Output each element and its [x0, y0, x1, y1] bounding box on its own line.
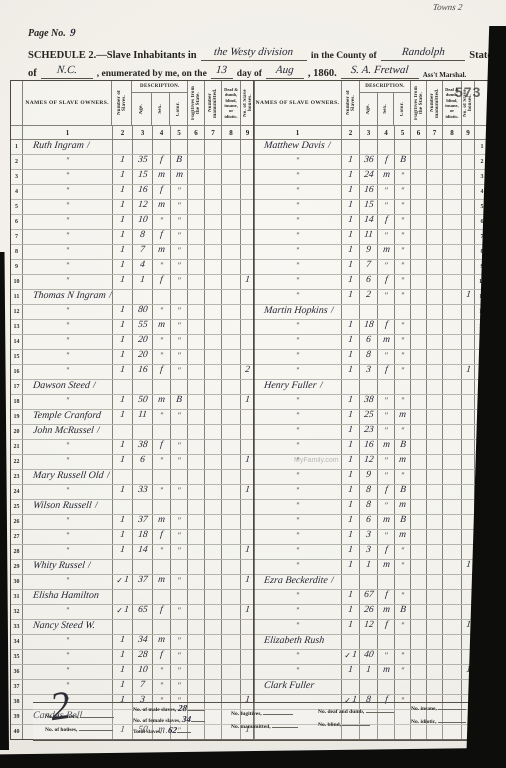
cell-manumitted [427, 605, 443, 619]
slave-count: 1 [120, 186, 126, 195]
age-value: 25 [363, 411, 373, 420]
cell-deaf [222, 575, 241, 589]
cell-slave-count: 1 [113, 185, 133, 199]
cell-owner-name: ″ [254, 320, 342, 334]
cell-color: ″ [171, 530, 188, 544]
ditto-mark: ″ [296, 546, 299, 555]
cell-color: B [395, 485, 411, 499]
cell-deaf [443, 335, 462, 349]
cell-age: 12 [360, 620, 378, 634]
manumitted-total-label: No. manumitted, [231, 723, 298, 730]
cell-color: ″ [395, 245, 411, 259]
cell-fugitives [188, 560, 205, 574]
cell-slave-count: 1 [113, 260, 133, 274]
table-row: ″19″″23 [254, 470, 489, 485]
slave-count: 1 [120, 651, 126, 660]
sex-value: f [160, 231, 164, 240]
owner-name: Dawson Steed [33, 381, 91, 390]
ditto-mark: ″ [296, 291, 299, 300]
age-value: 3 [366, 546, 372, 555]
deaf-column-header: Deaf & dumb, blind, insane, or idiotic. [222, 81, 241, 125]
cell-color: ″ [171, 575, 188, 589]
census-schedule-page: { "corner_note": "Towns 2", "stamp": "57… [0, 0, 506, 768]
cell-slave-count: 1 [342, 530, 360, 544]
cell-slave-count: 1 [342, 215, 360, 229]
sex-value: f [384, 156, 388, 165]
cell-sex [153, 620, 171, 634]
cell-fugitives [411, 320, 427, 334]
cell-fugitives [188, 245, 205, 259]
color-value: ″ [401, 351, 404, 360]
female-total-handwritten: 34 [182, 717, 192, 722]
table-row: ″125″m19 [254, 410, 489, 425]
color-value: B [399, 486, 406, 495]
cell-sex: ″ [153, 665, 171, 679]
cell-color [395, 635, 411, 649]
slave-count: 1 [348, 366, 354, 375]
cell-sex: m [153, 395, 171, 409]
cell-sex: f [153, 365, 171, 379]
cell-deaf [222, 410, 241, 424]
cell-manumitted [427, 200, 443, 214]
cell-fugitives [411, 635, 427, 649]
table-row: ″16f″10 [254, 275, 489, 290]
row-number: 17 [14, 384, 20, 390]
cell-fugitives [188, 620, 205, 634]
row-number: 11 [14, 294, 20, 300]
slave-count: 1 [120, 321, 126, 330]
cell-fugitives [188, 155, 205, 169]
color-value: ″ [401, 276, 404, 285]
age-value: 3 [366, 531, 372, 540]
cell-color: ″ [171, 245, 188, 259]
age-value: 16 [363, 186, 373, 195]
ditto-mark: ″ [66, 441, 69, 450]
age-value: 55 [137, 321, 147, 330]
cell-owner-name: Ruth Ingram/ [23, 140, 113, 154]
cell-slave-count: 1 [342, 185, 360, 199]
cell-color [395, 680, 411, 694]
cell-rownum: 23 [11, 470, 23, 484]
cell-age: 6 [360, 275, 378, 289]
cell-owner-name: Mary Russell Old/ [23, 470, 113, 484]
description-header: DESCRIPTION. [360, 81, 410, 93]
cell-deaf [222, 680, 241, 694]
cell-deaf [222, 200, 241, 214]
cell-slave-count: 1 [342, 230, 360, 244]
table-row: 36″110″″ [11, 665, 254, 680]
sex-value: f [384, 321, 388, 330]
color-value: ″ [401, 171, 404, 180]
row-number: 26 [14, 519, 20, 525]
cell-rownum: 37 [11, 680, 23, 694]
cell-slave-count: 1 [342, 665, 360, 679]
cell-age: 4 [133, 260, 153, 274]
cell-color: ″ [171, 230, 188, 244]
cell-sex [153, 470, 171, 484]
cell-slave-count: 1 [113, 215, 133, 229]
row-number: 38 [14, 699, 20, 705]
color-value: B [399, 156, 406, 165]
row-number: 40 [14, 729, 20, 735]
cell-age [133, 425, 153, 439]
cell-sex: m [153, 575, 171, 589]
table-row: 26″137m″ [11, 515, 254, 530]
cell-color: ″ [171, 455, 188, 469]
cell-sex [153, 590, 171, 604]
ditto-mark: ″ [296, 606, 299, 615]
cell-deaf [443, 365, 462, 379]
cell-deaf [222, 395, 241, 409]
cell-fugitives [411, 215, 427, 229]
cell-fugitives [188, 590, 205, 604]
description-header: DESCRIPTION. [132, 81, 187, 93]
row-number: 36 [14, 669, 20, 675]
cell-deaf [222, 500, 241, 514]
cell-owner-name: ″ [254, 620, 342, 634]
cell-sex: f [153, 230, 171, 244]
sex-value: m [158, 636, 166, 645]
cell-color [171, 560, 188, 574]
ditto-mark: ″ [296, 621, 299, 630]
cell-manumitted [205, 290, 222, 304]
slave-count: 1 [120, 231, 126, 240]
cell-age: 8 [133, 230, 153, 244]
cell-age: 18 [360, 320, 378, 334]
color-value: ″ [177, 366, 180, 375]
cell-rownum: 22 [11, 455, 23, 469]
age-value: 18 [363, 321, 373, 330]
cell-manumitted [205, 410, 222, 424]
row-number: 34 [14, 639, 20, 645]
cell-sex: ″ [378, 260, 395, 274]
cell-sex: f [378, 155, 395, 169]
age-value: 10 [137, 216, 147, 225]
cell-fugitives [188, 200, 205, 214]
color-value: B [399, 516, 406, 525]
cell-manumitted [205, 515, 222, 529]
cell-fugitives [188, 575, 205, 589]
slave-count: 1 [348, 201, 354, 210]
cell-deaf [222, 305, 241, 319]
cell-rownum: 14 [11, 335, 23, 349]
age-value: 11 [138, 411, 148, 420]
table-row: ″13″m27 [254, 530, 489, 545]
slave-count: 1 [348, 621, 354, 630]
sex-value: ″ [384, 651, 387, 660]
cell-rownum: 20 [11, 425, 23, 439]
owner-name: Ezra Beckerdite [264, 576, 329, 585]
cell-age: 9 [360, 470, 378, 484]
table-row: 9″14″″ [11, 260, 254, 275]
cell-age: 6 [133, 455, 153, 469]
color-value: ″ [177, 306, 180, 315]
cell-age: 12 [360, 455, 378, 469]
cell-color: ″ [171, 200, 188, 214]
ditto-mark: ″ [66, 366, 69, 375]
cell-owner-name: ″ [254, 245, 342, 259]
ditto-mark: ″ [296, 561, 299, 570]
scan-edge-left [0, 252, 9, 750]
color-value: ″ [177, 441, 180, 450]
cell-rownum: 8 [11, 245, 23, 259]
cell-slave-count: 1 [113, 155, 133, 169]
cell-color: B [395, 155, 411, 169]
cell-owner-name: ″ [254, 290, 342, 304]
cell-sex: m [378, 170, 395, 184]
cell-owner-name: ″ [23, 200, 113, 214]
cell-color: B [171, 395, 188, 409]
cell-color: ″ [395, 650, 411, 664]
row-number: 22 [14, 459, 20, 465]
cell-deaf [443, 470, 462, 484]
cell-slave-count [342, 575, 360, 589]
age-value: 8 [366, 351, 372, 360]
cell-owner-name: ″ [23, 395, 113, 409]
cell-slave-count: 1 [342, 485, 360, 499]
cell-slave-count [113, 380, 133, 394]
sex-value: m [382, 246, 390, 255]
description-group-header: DESCRIPTION. Age. Sex. Color. [132, 81, 188, 125]
cell-fugitives [411, 530, 427, 544]
cell-owner-name: ″ [254, 215, 342, 229]
check-mark: / [327, 140, 331, 151]
cell-age: 28 [133, 650, 153, 664]
age-value: 20 [137, 336, 147, 345]
page-number-line: Page No.9 [28, 27, 75, 39]
slave-count: 1 [348, 231, 354, 240]
age-value: 20 [137, 351, 147, 360]
row-number: 18 [14, 399, 20, 405]
cell-sex: f [153, 650, 171, 664]
row-number: 29 [14, 564, 20, 570]
cell-fugitives [411, 545, 427, 559]
cell-owner-name: ″ [254, 395, 342, 409]
cell-owner-name: ″ [254, 155, 342, 169]
cell-deaf [443, 455, 462, 469]
col-num: 3 [360, 126, 378, 139]
cell-sex [153, 425, 171, 439]
cell-rownum: 19 [11, 410, 23, 424]
cell-age: 26 [360, 605, 378, 619]
color-value: ″ [401, 546, 404, 555]
cell-color [171, 290, 188, 304]
cell-rownum: 3 [11, 170, 23, 184]
ditto-mark: ″ [296, 246, 299, 255]
age-value: 7 [366, 261, 372, 270]
row-number: 9 [15, 264, 18, 270]
ditto-mark: ″ [296, 171, 299, 180]
cell-owner-name: Clark Fuller [254, 680, 342, 694]
cell-houses [462, 440, 475, 454]
sex-value: ″ [384, 291, 387, 300]
cell-slave-count: 1 [113, 305, 133, 319]
cell-houses [462, 185, 475, 199]
cell-slave-count: 1 [342, 455, 360, 469]
sex-value: ″ [160, 336, 163, 345]
cell-age: 7 [133, 245, 153, 259]
cell-sex [378, 140, 395, 154]
cell-manumitted [427, 365, 443, 379]
cell-houses [462, 530, 475, 544]
sex-value: f [160, 531, 164, 540]
sex-value: m [158, 516, 166, 525]
cell-owner-name: ″ [23, 665, 113, 679]
houses-value: 1 [245, 396, 251, 405]
cell-fugitives [411, 170, 427, 184]
cell-houses [462, 350, 475, 364]
enumeration-line: of N.C. , enumerated by me, on the 13 da… [28, 60, 492, 79]
age-column-header: Age. [139, 103, 144, 115]
slave-table-right: NAMES OF SLAVE OWNERS. Number of Slaves.… [253, 80, 490, 740]
cell-owner-name: ″ [23, 305, 113, 319]
ditto-mark: ″ [296, 591, 299, 600]
cell-rownum: 40 [11, 725, 23, 739]
cell-sex: f [378, 590, 395, 604]
cell-color [171, 425, 188, 439]
cell-fugitives [188, 335, 205, 349]
color-value: ″ [177, 321, 180, 330]
cell-rownum: 24 [11, 485, 23, 499]
cell-color: m [395, 500, 411, 514]
slave-count: 1 [348, 561, 354, 570]
cell-fugitives [188, 545, 205, 559]
sex-value: f [160, 651, 164, 660]
houses-value: 1 [245, 606, 251, 615]
table-row: ″111″″7 [254, 230, 489, 245]
cell-slave-count: 1 [342, 275, 360, 289]
cell-owner-name: ″ [23, 440, 113, 454]
sex-value: ″ [160, 681, 163, 690]
slave-count: 1 [348, 531, 354, 540]
ditto-mark: ″ [296, 651, 299, 660]
cell-slave-count: 1 [342, 245, 360, 259]
table-row: 14″120″″ [11, 335, 254, 350]
sex-value: ″ [160, 216, 163, 225]
table-row: 31Elisha Hamilton [11, 590, 254, 605]
table-row: ″18″m25 [254, 500, 489, 515]
sex-value: f [160, 156, 164, 165]
cell-manumitted [427, 335, 443, 349]
table-row: ″11m″129 [254, 560, 489, 575]
ditto-mark: ″ [66, 186, 69, 195]
total-handwritten: 62 [168, 728, 178, 733]
cell-manumitted [427, 665, 443, 679]
houses-value: 1 [465, 561, 471, 570]
age-value: 9 [366, 246, 372, 255]
cell-deaf [222, 320, 241, 334]
sex-value: f [160, 441, 164, 450]
cell-fugitives [188, 365, 205, 379]
check-mark: / [330, 575, 334, 586]
row-number: 4 [481, 189, 484, 195]
corner-note: Towns 2 [432, 2, 462, 12]
slave-count: 1 [348, 261, 354, 270]
col-num: 5 [395, 126, 411, 139]
age-value: 35 [137, 156, 147, 165]
cell-age: 16 [133, 365, 153, 379]
color-value: m [399, 456, 407, 465]
age-value: 8 [366, 501, 372, 510]
table-row: ″112″m22 [254, 455, 489, 470]
table-row: 29Whity Russel/ [11, 560, 254, 575]
cell-age [133, 620, 153, 634]
cell-deaf [222, 275, 241, 289]
cell-owner-name: ″ [23, 350, 113, 364]
cell-manumitted [205, 440, 222, 454]
ditto-mark: ″ [296, 351, 299, 360]
cell-deaf [222, 515, 241, 529]
cell-sex: m [153, 635, 171, 649]
table-row: ″118f″13 [254, 320, 489, 335]
male-total-handwritten: 28 [177, 706, 187, 711]
cell-fugitives [188, 440, 205, 454]
color-value: m [399, 411, 407, 420]
color-value: ″ [401, 261, 404, 270]
cell-rownum: 12 [11, 305, 23, 319]
scan-edge-bottom [0, 746, 506, 768]
cell-color: ″ [395, 560, 411, 574]
cell-age: 9 [360, 245, 378, 259]
table-row: 6″110″″ [11, 215, 254, 230]
ditto-mark: ″ [66, 246, 69, 255]
table-row: 3″115mm [11, 170, 254, 185]
cell-fugitives [188, 455, 205, 469]
col-num: 8 [443, 126, 462, 139]
cell-fugitives [411, 290, 427, 304]
slave-count: 1 [348, 486, 354, 495]
cell-fugitives [411, 155, 427, 169]
cell-rownum: 36 [11, 665, 23, 679]
cell-houses [462, 200, 475, 214]
cell-deaf [443, 320, 462, 334]
table-row: 11Thomas N Ingram/ [11, 290, 254, 305]
cell-fugitives [188, 140, 205, 154]
cell-owner-name: Thomas N Ingram/ [23, 290, 113, 304]
cell-age: 38 [133, 440, 153, 454]
cell-manumitted [205, 425, 222, 439]
ditto-mark: ″ [66, 216, 69, 225]
cell-color: ″ [171, 650, 188, 664]
slave-count: 1 [120, 201, 126, 210]
cell-sex: ″ [378, 455, 395, 469]
cell-manumitted [427, 500, 443, 514]
cell-rownum: 27 [11, 530, 23, 544]
cell-color: ″ [395, 170, 411, 184]
table-row: 2″135fB [11, 155, 254, 170]
ditto-mark: ″ [66, 606, 69, 615]
cell-color: m [171, 170, 188, 184]
cell-deaf [443, 155, 462, 169]
cell-fugitives [411, 650, 427, 664]
cell-rownum: 18 [11, 395, 23, 409]
ditto-mark: ″ [66, 516, 69, 525]
cell-slave-count [113, 500, 133, 514]
age-value: 6 [366, 276, 372, 285]
sex-value: f [160, 186, 164, 195]
cell-manumitted [427, 485, 443, 499]
cell-manumitted [427, 185, 443, 199]
cell-manumitted [205, 455, 222, 469]
enumerated-label: , enumerated by me, on the [97, 69, 207, 79]
cell-fugitives [188, 605, 205, 619]
color-value: ″ [177, 546, 180, 555]
table-row: ″123″″20 [254, 425, 489, 440]
cell-deaf [222, 425, 241, 439]
cell-sex [378, 380, 395, 394]
row-number: 1 [481, 144, 484, 150]
slave-count: 1 [120, 306, 126, 315]
